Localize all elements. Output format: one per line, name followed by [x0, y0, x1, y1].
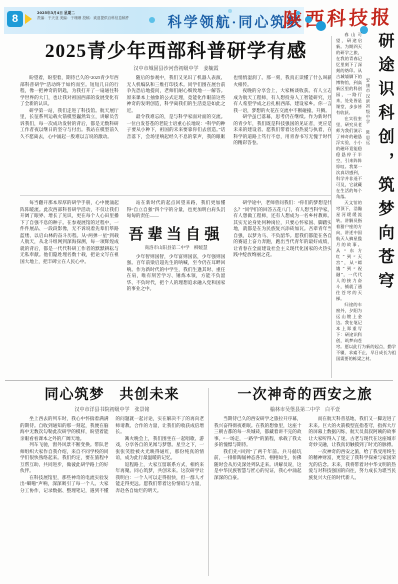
article-body: 当期待已久的西安研学之旅拉开序幕，我兴奋得彻夜难眠。在我的想象里，这座十三朝古都… [214, 416, 396, 580]
article-bottom-left: 同心筑梦 共创未来 汉中市洋县书院初级中学 张景铭 坐上西去的列车时，我心中怀揣… [20, 384, 204, 580]
byline: 汉中市城固县沙河营初级中学 姜毓霞 [20, 65, 332, 72]
byline: 汉中市洋县书院初级中学 张景铭 [20, 406, 204, 413]
article-main: 2025青少年西部科普研学有感 汉中市城固县沙河营初级中学 姜毓霞 盼望着，盼望… [20, 36, 332, 207]
header-meta: 2025年3月4日 星期二 责编：于天亚 美编：于珊珊 投稿：欢迎提供百科信息稿… [37, 11, 157, 22]
byline: 商洛市山阳县第二中学 柳媛慧 [127, 245, 226, 251]
horizontal-divider [5, 380, 393, 381]
paragraph: 盼望着，盼望着，期待已久的“2025青少年西部科普研学”活动终于如约而至。短短几… [20, 75, 119, 108]
dot-decoration [316, 21, 326, 31]
paragraph: 而在航天科普基地，我们又一脚迈进了未来。巨大的火箭模型直指苍穹，指挥大厅的屏幕上… [309, 416, 397, 449]
paragraph: 站在新时代的起点回望来路，我们更加懂得“自立自强”四个字的分量，也更加明白肩头沉… [127, 200, 226, 220]
newspaper-masthead: 陕西科技报 [282, 3, 393, 33]
paragraph: 坐上西去的列车时，我心中怀揣着满满的期待。自收到通知的那一刻起，我便在脑海中无数… [20, 416, 109, 442]
dot-decoration [228, 9, 232, 13]
byline: 榆林市吴堡县第二中学 白平壹 [214, 406, 396, 413]
article-middle: 每当翻开那本厚厚的研学手册，心中便涌起阵阵暖流。此次西部科普研学活动，不仅让我们… [20, 195, 332, 383]
article-title: 2025青少年西部科普研学有感 [20, 36, 332, 63]
byline: 安康市汉滨初级中学 陈思远 [365, 78, 371, 198]
article-right: 安康市汉滨初级中学 陈思远 研途识科创，筑梦向苍穹 春山可望，研途启新。为期四天… [336, 32, 396, 378]
article-title: 一次神奇的西安之旅 [214, 384, 396, 404]
paragraph: 研学第一站，我们走进了科技馆。航天展厅里，长征系列运载火箭模型巍然耸立，讲解员告… [20, 108, 119, 141]
article-title: 吾辈当自强 [127, 223, 226, 244]
paragraph: 列车飞驰，窗外风景不断变换。带队老师组织大家作自我介绍，来自不同学校的同学们很快… [20, 442, 109, 475]
credits-line: 责编：于天亚 美编：于珊珊 投稿：欢迎提供百科信息稿件 [37, 16, 157, 21]
dot-decoration [305, 16, 312, 23]
article-title: 同心筑梦 共创未来 [20, 384, 204, 404]
text-column: 研学途中，老师曾问我们：“你们的梦想是什么？”同学们的回答五花八门，有人想当科学… [233, 200, 332, 383]
paragraph: 夜晚的分享会上，大家畅谈收获。有人立志成为航天工程师，有人想投身人工智能研究，还… [233, 88, 332, 114]
arrow-right-icon [25, 14, 32, 24]
article-body: 坐上西去的列车时，我心中怀揣着满满的期待。自收到通知的那一刻起，我便在脑海中无数… [20, 416, 204, 580]
paragraph: 研学途中，老师曾问我们：“你们的梦想是什么？”同学们的回答五花八门，有人想当科学… [233, 200, 332, 259]
paragraph: 随后的参观中，我们又见识了机器人表演、无人机编队和三维打印技术。同学们围在展台前… [127, 75, 226, 114]
paragraph: 篝火晚会上，我们围坐在一起唱歌、游戏，分享各自的见闻与梦想。星空之下，一张张笑脸… [116, 436, 205, 462]
paragraph: 研学虽已落幕，思考仍在继续。作为新时代的青少年，我们既是科技强国的见证者，更应是… [233, 114, 332, 147]
paragraph: 少年智则国智，少年富则国富，少年强则国强。百年前梁启超先生的呐喊，至今仍在耳畔回… [127, 254, 226, 293]
vertical-divider [208, 388, 209, 576]
page-number-badge: 8 [7, 11, 23, 27]
article-title: 研途识科创，筑梦向苍穹 [373, 32, 396, 336]
paragraph: 我们先“回到”了两千年前。兵马俑坑前，一排排陶俑神态各异、栩栩如生，仿佛随时会从… [214, 449, 302, 482]
text-column: 每当翻开那本厚厚的研学手册，心中便涌起阵阵暖流。此次西部科普研学活动，不仅让我们… [20, 200, 119, 383]
text-column: 站在新时代的起点回望来路，我们更加懂得“自立自强”四个字的分量，也更加明白肩头沉… [127, 200, 226, 383]
article-bottom-right: 一次神奇的西安之旅 榆林市吴堡县第二中学 白平壹 当期待已久的西安研学之旅拉开序… [214, 384, 396, 580]
article-body: 盼望着，盼望着，期待已久的“2025青少年西部科普研学”活动终于如约而至。短短几… [20, 75, 332, 207]
vertical-headline-block: 安康市汉滨初级中学 陈思远 研途识科创，筑梦向苍穹 [365, 32, 396, 340]
newspaper-page: 8 2025年3月4日 星期二 责编：于天亚 美编：于珊珊 投稿：欢迎提供百科信… [0, 0, 398, 584]
vertical-divider [331, 36, 332, 378]
dot-decoration [149, 17, 155, 23]
paragraph: 当期待已久的西安研学之旅拉开序幕，我兴奋得彻夜难眠。在我的想象里，这座十三朝古都… [214, 416, 302, 449]
dot-decoration [296, 11, 300, 15]
paragraph: 每当翻开那本厚厚的研学手册，心中便涌起阵阵暖流。此次西部科普研学活动，不仅让我们… [20, 200, 119, 265]
paragraph: 返程路上，大家互留联系方式，相约来年再聚。同心筑梦，共创未来。这次研学让我明白：… [116, 462, 205, 495]
paragraph: 一次神奇的西安之旅，给了我受用终生的精神财富，更坚定了我科学探索与家国荣光的信念… [309, 449, 397, 482]
